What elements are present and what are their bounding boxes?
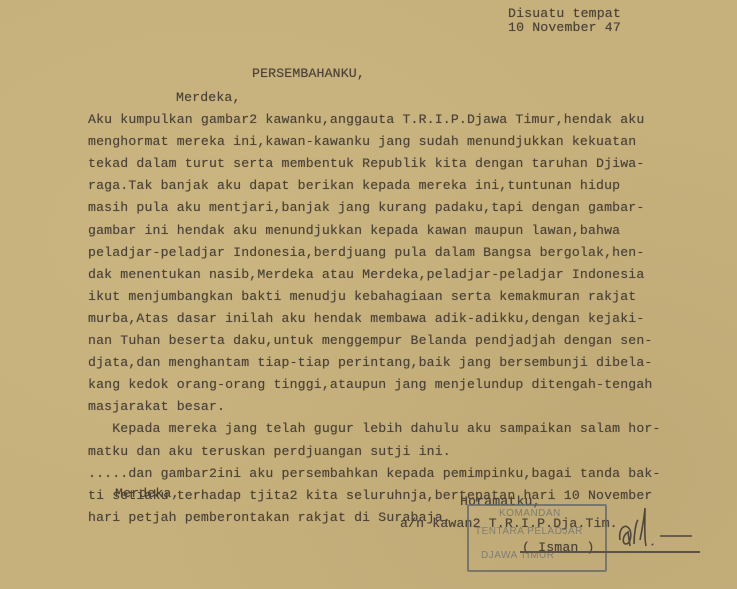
- letter-title: PERSEMBAHANKU,: [252, 66, 365, 82]
- body-line: peladjar-peladjar Indonesia,berdjuang pu…: [88, 245, 644, 261]
- body-line: Kepada mereka jang telah gugur lebih dah…: [88, 421, 661, 437]
- signature-underline: [520, 551, 700, 553]
- body-line: gambar ini hendak aku menundjukkan kepad…: [88, 223, 620, 239]
- date-line: 10 November 47: [508, 20, 621, 36]
- body-line: murba,Atas dasar inilah aku hendak memba…: [88, 311, 644, 327]
- body-line: menghormat mereka ini,kawan-kawanku jang…: [88, 134, 636, 150]
- scanned-letter: Disuatu tempat 10 November 47 PERSEMBAHA…: [0, 0, 737, 589]
- body-line: nan Tuhan beserta daku,untuk menggempur …: [88, 333, 652, 349]
- body-line: ikut menjumbangkan bakti menudju kebahag…: [88, 289, 636, 305]
- body-line: raga.Tak banjak aku dapat berikan kepada…: [88, 178, 620, 194]
- body-line: masih pula aku mentjari,banjak jang kura…: [88, 200, 644, 216]
- body-line: masjarakat besar.: [88, 399, 225, 415]
- stamp-line-1: KOMANDAN: [499, 508, 561, 519]
- body-line: hari petjah pemberontakan rakjat di Sura…: [88, 510, 451, 526]
- greeting: Merdeka,: [176, 90, 241, 106]
- body-line: djata,dan menghantam tiap-tiap perintang…: [88, 355, 652, 371]
- body-line: tekad dalam turut serta membentuk Republ…: [88, 156, 644, 172]
- body-line: Aku kumpulkan gambar2 kawanku,anggauta T…: [88, 112, 644, 128]
- stamp-line-2: TENTARA PELADJAR: [475, 526, 583, 537]
- body-line: kang kedok orang-orang tinggi,ataupun ja…: [88, 377, 652, 393]
- closing: Merdeka,: [115, 486, 180, 502]
- body-line: .....dan gambar2ini aku persembahkan kep…: [88, 466, 661, 482]
- body-line: matku dan aku teruskan perdjuangan sutji…: [88, 444, 451, 460]
- official-stamp: KOMANDAN TENTARA PELADJAR DJAWA TIMUR: [467, 504, 607, 572]
- body-line: dak menentukan nasib,Merdeka atau Merdek…: [88, 267, 644, 283]
